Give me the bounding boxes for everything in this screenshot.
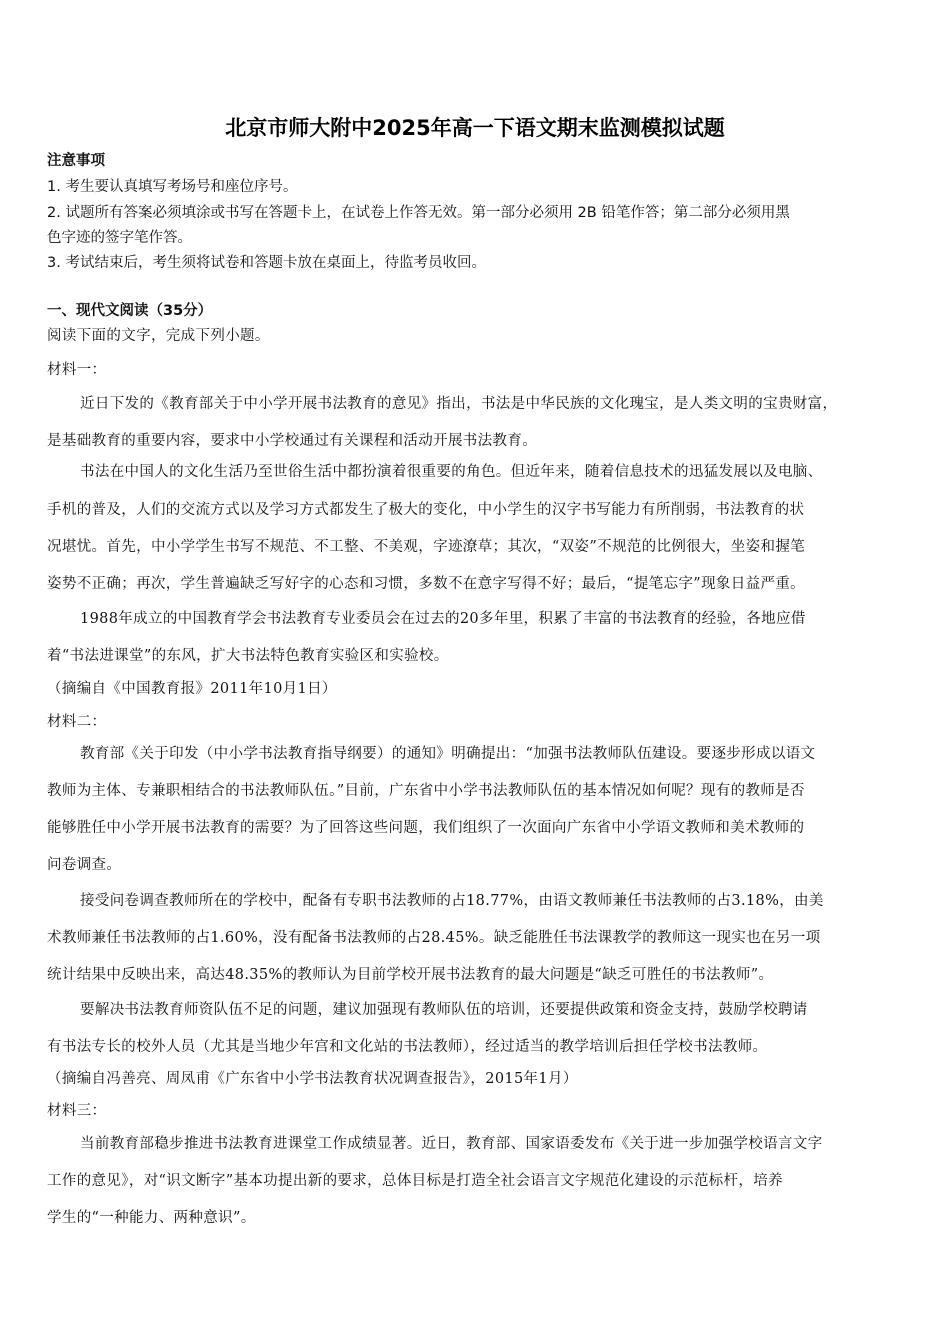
notice-item: 3. 考试结束后，考生须将试卷和答题卡放在桌面上，待监考员收回。 — [47, 253, 907, 273]
notice-item: 1. 考生要认真填写考场号和座位序号。 — [47, 177, 907, 197]
source-citation: （摘编自冯善亮、周凤甫《广东省中小学书法教育状况调查报告》，2015年1月） — [47, 1069, 907, 1089]
notice-heading: 注意事项 — [47, 151, 907, 171]
material-label: 材料一： — [47, 360, 907, 380]
paragraph-line: 教师为主体、专兼职相结合的书法教师队伍。”目前，广东省中小学书法教师队伍的基本情… — [47, 781, 907, 801]
paragraph-line: 1988年成立的中国教育学会书法教育专业委员会在过去的20多年里，积累了丰富的书… — [80, 609, 940, 629]
paragraph-line: 姿势不正确；再次，学生普遍缺乏写好字的心态和习惯，多数不在意字写得不好；最后，“… — [47, 574, 907, 594]
paragraph-line: 当前教育部稳步推进书法教育进课堂工作成绩显著。近日，教育部、国家语委发布《关于进… — [80, 1134, 940, 1154]
paragraph-line: 况堪忧。首先，中小学学生书写不规范、不工整、不美观，字迹潦草；其次，“双姿”不规… — [47, 537, 907, 557]
exam-title: 北京市师大附中2025年高一下语文期末监测模拟试题 — [0, 112, 950, 142]
notice-item: 2. 试题所有答案必须填涂或书写在答题卡上，在试卷上作答无效。第一部分必须用 2… — [47, 203, 907, 223]
paragraph-line: 工作的意见》，对“识文断字”基本功提出新的要求，总体目标是打造全社会语言文字规范… — [47, 1171, 907, 1191]
section-heading: 一、现代文阅读（35分） — [47, 301, 907, 321]
material-label: 材料三： — [47, 1101, 907, 1121]
notice-item: 色字迹的签字笔作答。 — [47, 228, 907, 248]
paragraph-line: 着“书法进课堂”的东风，扩大书法特色教育实验区和实验校。 — [47, 646, 907, 666]
source-citation: （摘编自《中国教育报》2011年10月1日） — [47, 679, 907, 699]
material-label: 材料二： — [47, 712, 907, 732]
paragraph-line: 问卷调查。 — [47, 855, 907, 875]
paragraph-line: 手机的普及，人们的交流方式以及学习方式都发生了极大的变化，中小学生的汉字书写能力… — [47, 500, 907, 520]
paragraph-line: 统计结果中反映出来，高达48.35%的教师认为目前学校开展书法教育的最大问题是“… — [47, 965, 907, 985]
exam-page: 北京市师大附中2025年高一下语文期末监测模拟试题 注意事项 1. 考生要认真填… — [0, 0, 950, 1344]
paragraph-line: 是基础教育的重要内容，要求中小学校通过有关课程和活动开展书法教育。 — [47, 431, 907, 451]
paragraph-line: 近日下发的《教育部关于中小学开展书法教育的意见》指出，书法是中华民族的文化瑰宝，… — [80, 394, 940, 414]
paragraph-line: 接受问卷调查教师所在的学校中，配备有专职书法教师的占18.77%，由语文教师兼任… — [80, 891, 940, 911]
paragraph-line: 书法在中国人的文化生活乃至世俗生活中都扮演着很重要的角色。但近年来，随着信息技术… — [80, 462, 940, 482]
section-instruction: 阅读下面的文字，完成下列小题。 — [47, 326, 907, 346]
paragraph-line: 教育部《关于印发（中小学书法教育指导纲要）的通知》明确提出：“加强书法教师队伍建… — [80, 744, 940, 764]
paragraph-line: 要解决书法教育师资队伍不足的问题，建议加强现有教师队伍的培训，还要提供政策和资金… — [80, 1000, 940, 1020]
paragraph-line: 有书法专长的校外人员（尤其是当地少年宫和文化站的书法教师），经过适当的教学培训后… — [47, 1037, 907, 1057]
paragraph-line: 术教师兼任书法教师的占1.60%，没有配备书法教师的占28.45%。缺乏能胜任书… — [47, 928, 907, 948]
paragraph-line: 学生的“一种能力、两种意识”。 — [47, 1208, 907, 1228]
paragraph-line: 能够胜任中小学开展书法教育的需要？为了回答这些问题，我们组织了一次面向广东省中小… — [47, 818, 907, 838]
